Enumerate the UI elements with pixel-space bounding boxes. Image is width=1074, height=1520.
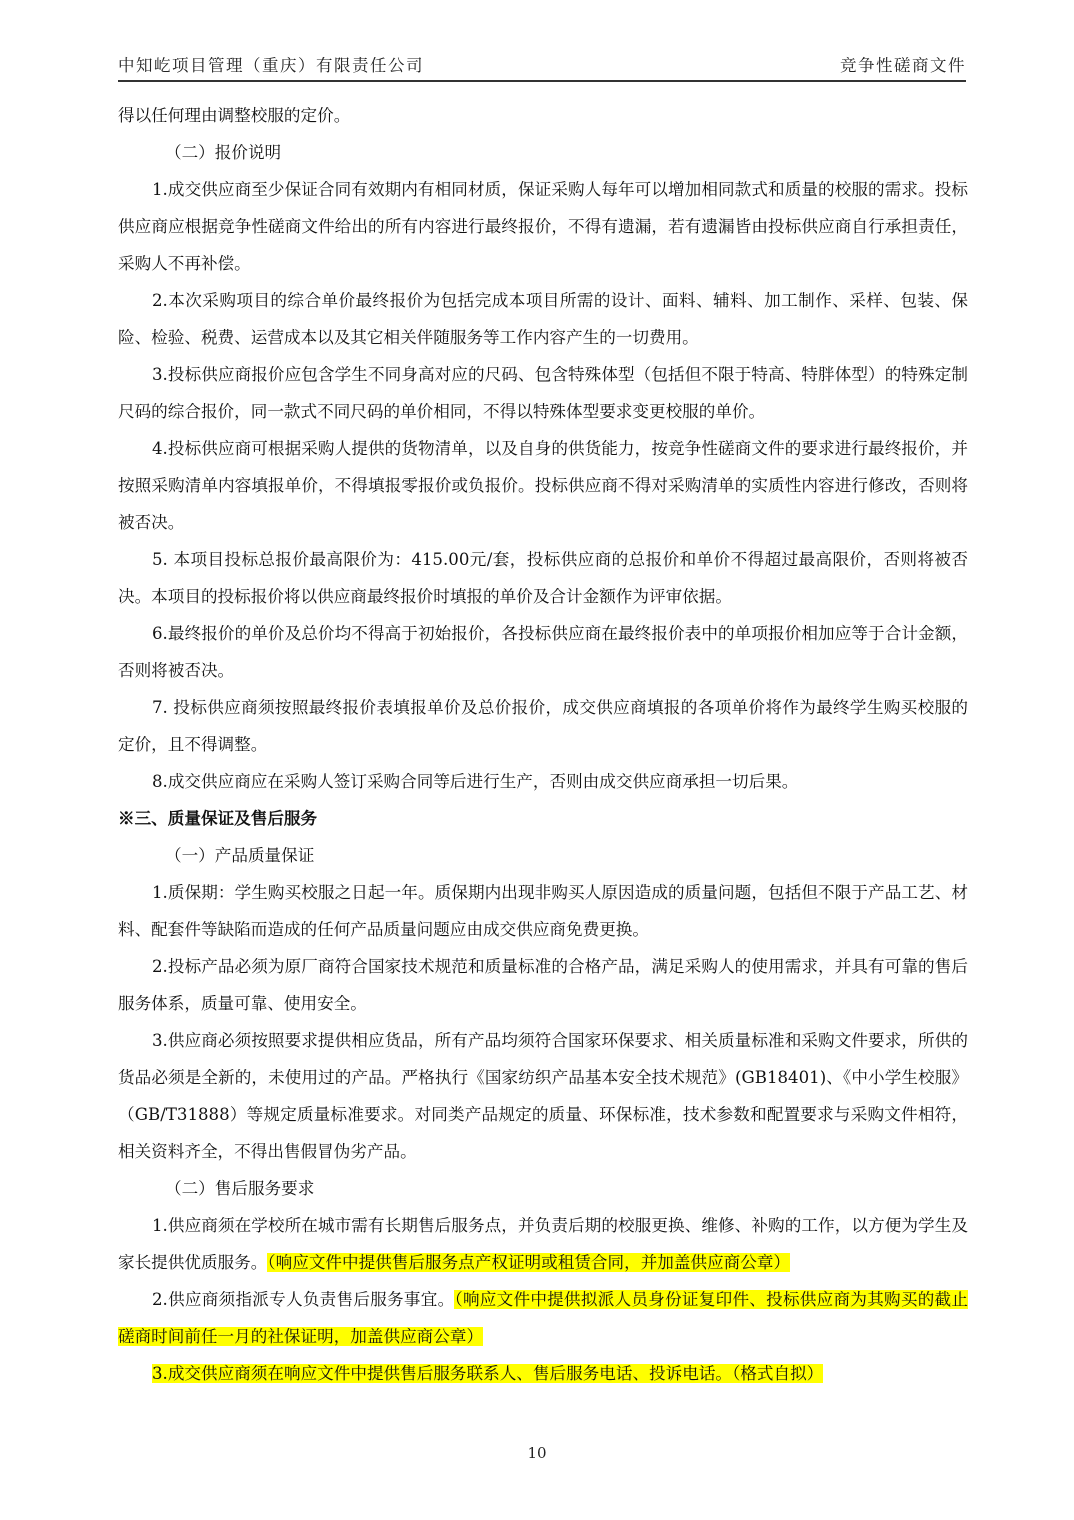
quote-item-4: 4.投标供应商可根据采购人提供的货物清单，以及自身的供货能力，按竞争性磋商文件的… (118, 430, 968, 541)
quality-item-3: 3.供应商必须按照要求提供相应货品，所有产品均须符合国家环保要求、相关质量标准和… (118, 1022, 968, 1170)
service-item-1: 1.供应商须在学校所在城市需有长期售后服务点，并负责后期的校服更换、维修、补购的… (118, 1207, 968, 1281)
quote-item-8: 8.成交供应商应在采购人签订采购合同等后进行生产，否则由成交供应商承担一切后果。 (118, 763, 968, 800)
service-item-1-highlight: （响应文件中提供售后服务点产权证明或租赁合同，并加盖供应商公章） (267, 1253, 790, 1272)
quality-item-1: 1.质保期：学生购买校服之日起一年。质保期内出现非购买人原因造成的质量问题，包括… (118, 874, 968, 948)
quote-item-2: 2.本次采购项目的综合单价最终报价为包括完成本项目所需的设计、面料、辅料、加工制… (118, 282, 968, 356)
header-company-name: 中知屹项目管理（重庆）有限责任公司 (118, 52, 424, 76)
page-header: 中知屹项目管理（重庆）有限责任公司 竞争性磋商文件 (118, 50, 966, 82)
section-quality-title: ※三、质量保证及售后服务 (118, 800, 968, 837)
quote-item-3: 3.投标供应商报价应包含学生不同身高对应的尺码、包含特殊体型（包括但不限于特高、… (118, 356, 968, 430)
service-item-3-highlight: 3.成交供应商须在响应文件中提供售后服务联系人、售后服务电话、投诉电话。（格式自… (152, 1364, 823, 1383)
quality-item-2: 2.投标产品必须为原厂商符合国家技术规范和质量标准的合格产品，满足采购人的使用需… (118, 948, 968, 1022)
continuation-paragraph: 得以任何理由调整校服的定价。 (118, 97, 968, 134)
service-item-3: 3.成交供应商须在响应文件中提供售后服务联系人、售后服务电话、投诉电话。（格式自… (118, 1355, 968, 1392)
service-item-2-text: 2.供应商须指派专人负责售后服务事宜。 (152, 1290, 454, 1309)
section-quote-title: （二）报价说明 (118, 134, 968, 171)
subsection-service-title: （二）售后服务要求 (118, 1170, 968, 1207)
page-number: 10 (0, 1444, 1074, 1462)
quote-item-6: 6.最终报价的单价及总价均不得高于初始报价，各投标供应商在最终报价表中的单项报价… (118, 615, 968, 689)
quote-item-7: 7. 投标供应商须按照最终报价表填报单价及总价报价，成交供应商填报的各项单价将作… (118, 689, 968, 763)
quote-item-5: 5. 本项目投标总报价最高限价为：415.00元/套，投标供应商的总报价和单价不… (118, 541, 968, 615)
page-body: 得以任何理由调整校服的定价。 （二）报价说明 1.成交供应商至少保证合同有效期内… (118, 97, 968, 1392)
subsection-quality-title: （一）产品质量保证 (118, 837, 968, 874)
header-document-type: 竞争性磋商文件 (840, 52, 966, 76)
document-page: 中知屹项目管理（重庆）有限责任公司 竞争性磋商文件 得以任何理由调整校服的定价。… (0, 0, 1074, 1520)
service-item-2: 2.供应商须指派专人负责售后服务事宜。（响应文件中提供拟派人员身份证复印件、投标… (118, 1281, 968, 1355)
quote-item-1: 1.成交供应商至少保证合同有效期内有相同材质，保证采购人每年可以增加相同款式和质… (118, 171, 968, 282)
